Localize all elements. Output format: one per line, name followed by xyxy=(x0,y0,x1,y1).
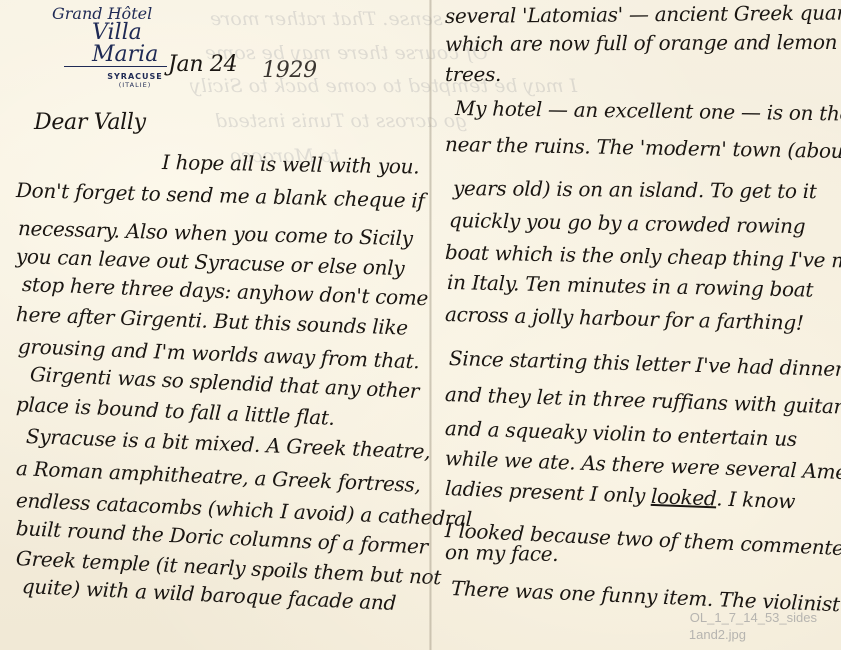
archive-watermark-line2: 1and2.jpg xyxy=(689,627,746,642)
letter-line: which are now full of orange and lemon xyxy=(445,30,837,56)
letter-scan: sense. That rather more Of course there … xyxy=(0,0,841,650)
letter-text: ladies present I only xyxy=(445,476,646,508)
right-page: several 'Latomias' — ancient Greek quarr… xyxy=(431,0,841,650)
letter-text: . I know xyxy=(716,486,796,513)
letter-line: quickly you go by a crowded rowing xyxy=(449,208,806,238)
letter-line: ladies present I only looked. I know xyxy=(445,476,796,513)
letter-line: several 'Latomias' — ancient Greek quarr… xyxy=(445,0,841,28)
letter-line: Since starting this letter I've had dinn… xyxy=(449,346,841,381)
letter-line: I hope all is well with you. xyxy=(162,150,420,178)
letter-line: in Italy. Ten minutes in a rowing boat xyxy=(447,270,814,302)
letter-line: and a squeaky violin to entertain us xyxy=(445,416,798,451)
letter-line: Syracuse is a bit mixed. A Greek theatre… xyxy=(26,424,431,464)
letter-line: boat which is the only cheap thing I've … xyxy=(445,240,841,273)
letterhead-country: (ITALIE) xyxy=(40,81,190,89)
letter-year: 1929 xyxy=(262,58,317,83)
bleed-through-text: sense. That rather more xyxy=(210,8,443,30)
letter-line: and they let in three ruffians with guit… xyxy=(445,382,841,419)
letter-line: on my face. xyxy=(445,540,559,566)
letter-line: across a jolly harbour for a farthing! xyxy=(445,302,804,335)
archive-watermark-line1: OL_1_7_14_53_sides xyxy=(690,610,817,625)
letter-line: trees. xyxy=(445,62,501,86)
left-page: sense. That rather more Of course there … xyxy=(0,0,430,650)
letter-line: here after Girgenti. But this sounds lik… xyxy=(16,302,409,340)
letter-date: Jan 24 xyxy=(168,52,237,77)
letter-line: near the ruins. The 'modern' town (about… xyxy=(445,132,841,164)
underlined-word: looked xyxy=(651,484,717,510)
letter-line: My hotel — an excellent one — is on the … xyxy=(455,96,841,127)
letterhead-villa-maria: Villa Maria xyxy=(64,22,167,67)
letter-line: Don't forget to send me a blank cheque i… xyxy=(16,178,425,213)
letter-line: years old) is on an island. To get to it xyxy=(453,176,817,203)
letter-line: place is bound to fall a little flat. xyxy=(15,392,335,430)
salutation: Dear Vally xyxy=(34,110,146,135)
